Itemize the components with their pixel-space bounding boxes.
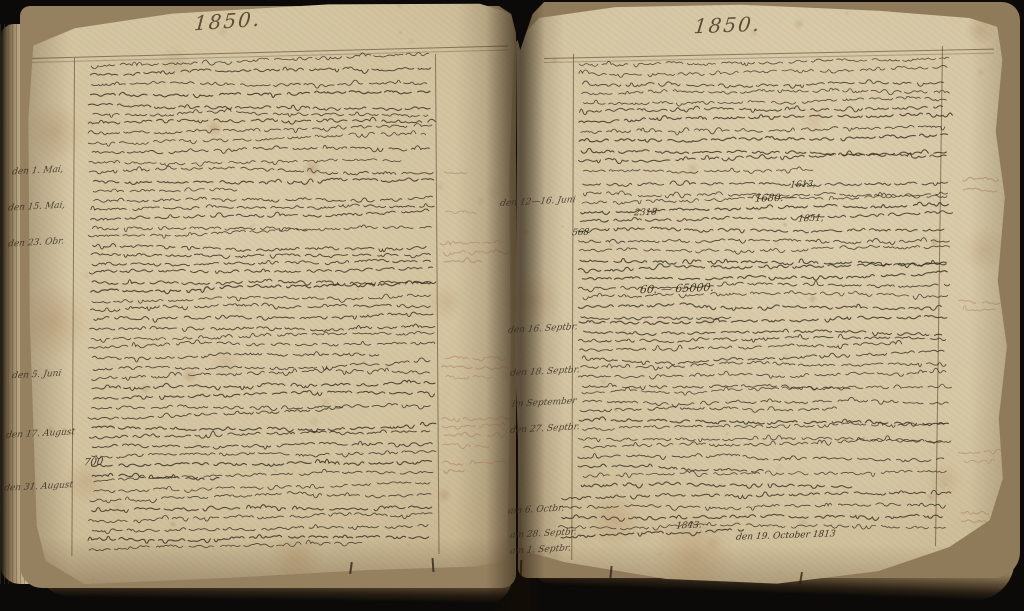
handwriting-line [92,459,432,466]
book-photo: 1850. 1850. den 1. Mai,den 15. Mai,den 2… [0,0,1024,611]
handwriting-right [514,0,1020,598]
handwriting-line [90,492,431,503]
handwriting-line [963,306,995,311]
handwriting-line [560,503,945,510]
handwriting-line [579,57,949,67]
handwriting-line [91,53,428,69]
handwriting-line [959,300,1007,305]
handwriting-line [562,490,951,500]
handwriting-line [93,178,433,184]
handwriting-line [581,482,852,488]
handwriting-line [578,464,763,472]
handwriting-line [91,253,430,259]
handwriting-left [26,2,514,584]
handwriting-line [92,403,431,410]
handwriting-line [580,340,902,351]
handwriting-line [93,358,430,371]
handwriting-line [442,417,511,422]
handwriting-line [92,294,431,303]
handwriting-line [578,334,945,342]
handwriting-line [579,315,947,324]
handwriting-line [92,380,435,390]
handwriting-line [92,422,436,432]
handwriting-line [580,106,943,115]
handwriting-line [582,384,952,395]
handwriting-line [580,211,952,222]
handwriting-line [583,397,948,406]
handwriting-line [92,145,429,153]
handwriting-line [92,259,430,266]
handwriting-line [562,514,943,521]
handwriting-line [581,125,945,134]
handwriting-line [578,368,946,379]
handwriting-line [579,134,947,142]
handwriting-line [92,524,428,533]
handwriting-line [91,209,429,220]
handwriting-line [561,529,743,538]
handwriting-line [88,225,431,238]
handwriting-line [92,279,436,286]
handwriting-line [582,350,944,365]
handwriting-line [578,303,941,310]
handwriting-line [578,227,944,233]
handwriting-line [88,104,430,111]
handwriting-line [579,245,949,254]
handwriting-line [92,451,436,459]
handwriting-line [443,461,505,465]
handwriting-line [90,67,430,75]
handwriting-line [579,281,950,292]
handwriting-line [583,181,948,187]
handwriting-line [442,366,508,370]
handwriting-line [446,376,492,379]
handwriting-line [91,331,434,342]
handwriting-line [88,407,343,420]
handwriting-line [90,324,435,331]
handwriting-line [583,291,948,300]
handwriting-line [581,317,731,320]
handwriting-line [93,244,426,252]
handwriting-line [445,211,476,214]
handwriting-line [88,131,425,147]
handwriting-line [579,417,948,426]
handwriting-line [445,432,505,437]
handwriting-line [92,368,430,380]
handwriting-line [92,441,432,449]
handwriting-line [581,361,946,370]
handwriting-line [88,117,435,124]
handwriting-line [93,188,236,192]
left-page: 1850. [26,2,514,584]
handwriting-line [583,80,944,89]
handwriting-line [88,535,429,544]
handwriting-line [582,88,950,95]
handwriting-line [89,166,433,175]
handwriting-line [92,505,432,513]
handwriting-line [94,196,433,202]
right-page: 1850. [514,0,1020,598]
handwriting-line [93,390,434,399]
handwriting-line [444,172,467,173]
handwriting-line [581,202,949,214]
handwriting-line [91,204,434,211]
handwriting-line [580,258,946,266]
handwriting-line [578,454,944,462]
handwriting-line [94,312,433,322]
handwriting-line [584,96,947,106]
handwriting-line [583,191,947,198]
handwriting-line [964,459,995,463]
handwriting-line [584,329,942,336]
handwriting-line [89,513,433,523]
handwriting-line [580,407,837,413]
handwriting-line [89,159,401,166]
handwriting-line [964,188,997,192]
handwriting-line [583,470,946,477]
handwriting-line [583,271,948,281]
handwriting-line [440,240,501,245]
handwriting-line [579,113,953,123]
handwriting-line [92,80,427,88]
handwriting-line [94,469,433,481]
handwriting-line [92,473,219,480]
handwriting-line [444,470,464,474]
handwriting-line [579,65,947,77]
handwriting-line [442,423,505,429]
handwriting-line [583,167,812,174]
handwriting-line [89,540,362,551]
handwriting-line [91,91,430,98]
handwriting-line [443,444,489,449]
handwriting-line [558,522,945,530]
handwriting-line [92,352,378,362]
handwriting-line [443,249,508,256]
handwriting-line [578,238,949,245]
handwriting-line [93,108,428,117]
handwriting-line [90,267,433,274]
handwriting-line [446,356,505,361]
handwriting-line [444,258,482,263]
handwriting-line [91,303,431,312]
handwriting-line [89,430,429,439]
handwriting-line [89,340,435,348]
handwriting-line [584,436,951,449]
handwriting-line [582,195,947,204]
handwriting-line [88,123,432,134]
handwriting-line [94,482,430,493]
